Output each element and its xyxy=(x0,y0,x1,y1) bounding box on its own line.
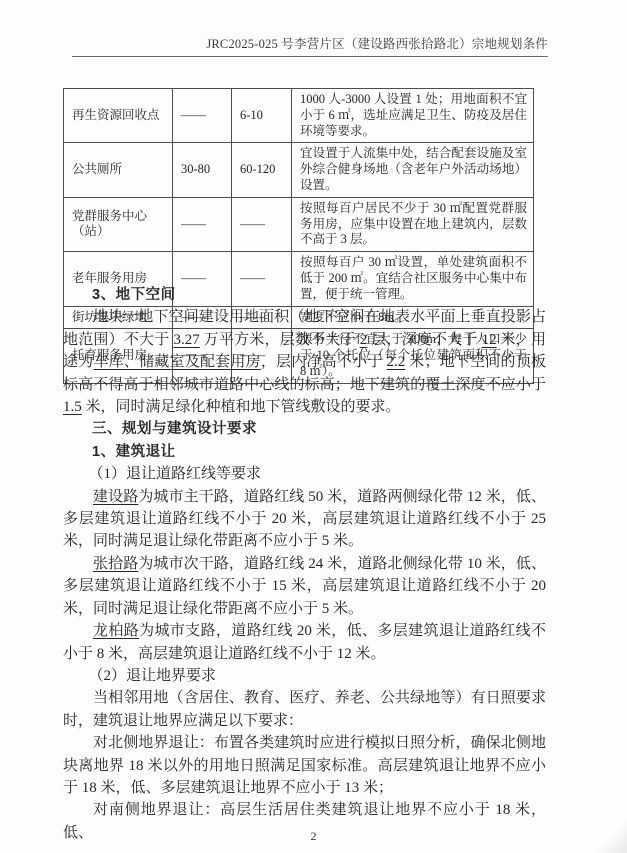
text-run: 米，同时满足绿化种植和地下管线敷设的要求。 xyxy=(82,399,401,415)
text-run: （1）退让道路红线等要求 xyxy=(89,466,262,482)
text-run: 3、地下空间 xyxy=(92,287,176,303)
section-heading: 1、建筑退让 xyxy=(63,441,546,463)
table-cell-col2: —— xyxy=(173,197,232,251)
underlined-text: 12 xyxy=(482,332,497,348)
text-run: 三、规划与建筑设计要求 xyxy=(92,421,257,437)
text-run: ，层内净高不小于 xyxy=(261,354,387,370)
paragraph: 建设路为城市主干路，道路红线 50 米，道路两侧绿化带 12 米，低、多层建筑退… xyxy=(63,486,546,553)
text-run: （2）退让地界要求 xyxy=(89,668,217,684)
paragraph: 张拾路为城市次干路，道路红线 24 米，道路北侧绿化带 10 米，低、多层建筑退… xyxy=(63,553,546,620)
table-cell-desc: 按照每百户居民不少于 30 ㎡配置党群服务用房，应集中设置在地上建筑内，层数不高… xyxy=(292,197,534,251)
underlined-text: 张拾路 xyxy=(93,556,138,572)
page-footer: 2 xyxy=(0,829,627,844)
underlined-text: 车库、储藏室及配套用房 xyxy=(93,354,260,370)
paragraph: 对北侧地界退让：布置各类建筑时应进行模拟日照分析，确保北侧地块离地界 18 米以… xyxy=(63,732,546,799)
header-title: JRC2025-025 号李营片区（建设路西张拾路北）宗地规划条件 xyxy=(206,37,548,51)
table-cell-col3: —— xyxy=(232,197,292,251)
underlined-text: 2.2 xyxy=(387,354,406,370)
table-row: 公共厕所30-8060-120宜设置于人流集中处，结合配套设施及室外综合健身场地… xyxy=(64,143,534,197)
table-cell-name: 公共厕所 xyxy=(64,143,173,197)
underlined-text: 3.27 xyxy=(173,332,199,348)
table-row: 党群服务中心（站）————按照每百户居民不少于 30 ㎡配置党群服务用房，应集中… xyxy=(64,197,534,251)
table-row: 再生资源回收点——6-101000 人-3000 人设置 1 处；用地面积不宜小… xyxy=(64,89,534,143)
paragraph: （2）退让地界要求 xyxy=(63,665,546,687)
text-run: 万平方米，层数不大于 xyxy=(200,332,360,348)
document-page: JRC2025-025 号李营片区（建设路西张拾路北）宗地规划条件 再生资源回收… xyxy=(0,0,627,853)
paragraph: （1）退让道路红线等要求 xyxy=(63,463,546,485)
table-cell-col2: —— xyxy=(173,89,232,143)
text-run: 层，深度不大于 xyxy=(367,332,481,348)
table-cell-name: 党群服务中心（站） xyxy=(64,197,173,251)
table-cell-desc: 宜设置于人流集中处，结合配套设施及室外综合健身场地（含老年户外活动场地）设置。 xyxy=(292,143,534,197)
table-cell-col3: 6-10 xyxy=(232,89,292,143)
text-run: 当相邻用地（含居住、教育、医疗、养老、公共绿地等）有日照要求时，建筑退让地界应满… xyxy=(63,690,546,728)
page-header: JRC2025-025 号李营片区（建设路西张拾路北）宗地规划条件 xyxy=(72,36,548,57)
page-number: 2 xyxy=(311,829,317,843)
section-heading: 3、地下空间 xyxy=(63,284,546,306)
underlined-text: 龙柏路 xyxy=(93,623,139,639)
table-cell-desc: 1000 人-3000 人设置 1 处；用地面积不宜小于 6 ㎡，选址应满足卫生… xyxy=(292,89,534,143)
table-cell-col2: 30-80 xyxy=(173,143,232,197)
paragraph: 当相邻用地（含居住、教育、医疗、养老、公共绿地等）有日照要求时，建筑退让地界应满… xyxy=(63,687,546,732)
paragraph: 龙柏路为城市支路，道路红线 20 米，低、多层建筑退让道路红线不小于 8 米，高… xyxy=(63,620,546,665)
underlined-text: 建设路 xyxy=(93,489,138,505)
table-cell-name: 再生资源回收点 xyxy=(64,89,173,143)
section-heading: 三、规划与建筑设计要求 xyxy=(63,418,546,440)
underlined-text: 1.5 xyxy=(63,399,82,415)
text-run: 1、建筑退让 xyxy=(92,444,176,460)
paragraph: 地块一地下空间建设用地面积（地下空间在地表水平面上垂直投影占地范围）不大于 3.… xyxy=(63,306,546,418)
text-run: 对北侧地界退让：布置各类建筑时应进行模拟日照分析，确保北侧地块离地界 18 米以… xyxy=(63,735,546,796)
document-body: 3、地下空间地块一地下空间建设用地面积（地下空间在地表水平面上垂直投影占地范围）… xyxy=(63,284,546,844)
table-cell-col3: 60-120 xyxy=(232,143,292,197)
